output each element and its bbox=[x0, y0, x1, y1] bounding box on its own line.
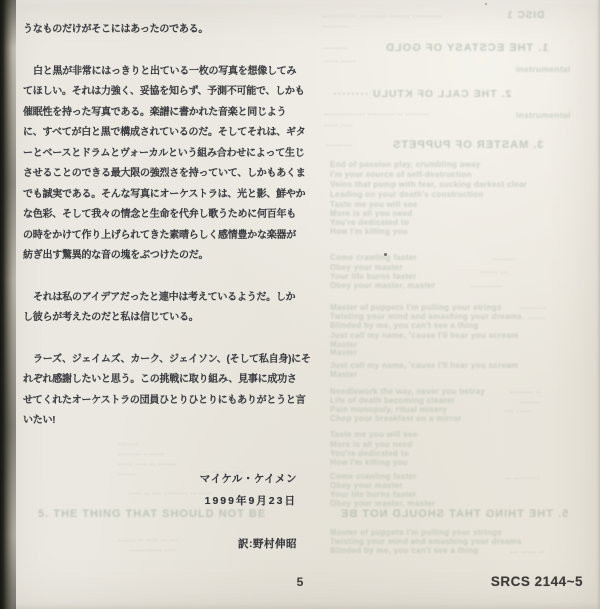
text-line: 紡ぎ出す驚異的な音の塊をぶつけたのだ。 bbox=[23, 246, 297, 267]
ghost-text-line: ··········· bbox=[470, 282, 503, 291]
signature-date: 1999年9月23日 bbox=[23, 490, 297, 512]
ghost-text-line: Blinded by me, you can't see a thing bbox=[330, 321, 479, 330]
ghost-text-line: Your life burns faster bbox=[330, 272, 416, 281]
ghost-text-line: ············ ········· ······· ·········… bbox=[322, 12, 442, 21]
ghost-text-line: Master of puppets I'm pulling your strin… bbox=[330, 303, 502, 312]
ghost-text-line: Twisting your mind and smashing your dre… bbox=[330, 312, 522, 321]
ghost-text-line: How I'm killing you bbox=[330, 227, 408, 236]
ghost-text-line: Obey your master bbox=[330, 263, 403, 272]
text-line: な色彩、そして我々の情念と生命を代弁し歌うために何百年も bbox=[23, 205, 297, 226]
text-line: てほしい。それは力強く、妥協を知らず、予測不可能で、しかも bbox=[23, 82, 297, 103]
ghost-text-line: ·············· ········· ·· ········ bbox=[324, 110, 429, 119]
text-line: せてくれたオーケストラの団員ひとりひとりにもありがとうと言 bbox=[23, 391, 297, 412]
ghost-text-line: More is all you need bbox=[330, 440, 412, 449]
ghost-text-line: Your life burns faster bbox=[330, 490, 416, 499]
text-line: いたい! bbox=[23, 411, 297, 432]
text-line: ラーズ、ジェイムズ、カーク、ジェイソン、(そして私自身)にそ bbox=[23, 350, 297, 371]
text-line: の時をかけて作り上げられてきた素晴らしく感情豊かな楽器が bbox=[23, 226, 297, 247]
ghost-text-line: ··· ····· bbox=[505, 407, 531, 416]
ghost-text-line: You're dedicated to bbox=[330, 218, 409, 227]
ghost-track-heading: 3. MASTER OF PUPPETS bbox=[392, 139, 543, 151]
ghost-text-line: Obey your master, master bbox=[330, 281, 435, 290]
ghost-track-heading: 2. THE CALL OF KTULU ········ bbox=[332, 88, 511, 100]
ghost-text-line: End of passion play, crumbling away bbox=[330, 160, 480, 169]
ghost-text-line: ·· ········· bbox=[505, 474, 540, 483]
signature-block: マイケル・ケイメン 1999年9月23日 訳:野村伸昭 bbox=[23, 468, 297, 554]
ghost-text-line: Just call my name, 'cause I'll hear you … bbox=[330, 331, 518, 340]
paragraph: ラーズ、ジェイムズ、カーク、ジェイソン、(そして私自身)にそれぞれ感謝したいと思… bbox=[23, 350, 297, 432]
paragraph: それは私のアイデアだったと連中は考えているようだ。しかし彼らが考えたのだと私は信… bbox=[23, 288, 297, 329]
liner-notes-paragraphs: うなものだけがそこにはあったのである。白と黒が非常にはっきりと出ている一枚の写真… bbox=[23, 20, 297, 432]
ghost-text-line: Blinded by me, you can't see a thing bbox=[330, 546, 479, 555]
ghost-text-line: Come crawling faster bbox=[330, 253, 417, 262]
left-spine-shadow bbox=[0, 0, 16, 609]
ghost-text-line: Master bbox=[330, 348, 358, 357]
ghost-text-line: instrumental bbox=[516, 64, 571, 74]
ghost-text-line: Master bbox=[330, 370, 358, 379]
ghost-text-line: You're dedicated to bbox=[330, 449, 409, 458]
ghost-text-line: ········ bbox=[324, 44, 348, 53]
text-line: ーとベースとドラムとヴォーカルという組み合わせによって生じ bbox=[23, 144, 297, 165]
catalog-number: SRCS 2144~5 bbox=[491, 574, 583, 589]
ghost-text-line: ······· bbox=[520, 398, 541, 407]
ghost-text-line: Obey your master, master bbox=[330, 499, 435, 508]
ghost-text-line: ······ ··· bbox=[480, 268, 509, 277]
ghost-text-line: How I'm killing you bbox=[330, 458, 408, 467]
scanned-booklet-page: ············ ········· ······· ·········… bbox=[0, 0, 600, 609]
ghost-text-line: ····· ···· bbox=[324, 121, 353, 130]
text-line: うなものだけがそこにはあったのである。 bbox=[23, 20, 297, 41]
ghost-track-heading: 5. THE THING THAT SHOULD NOT BE bbox=[340, 508, 568, 520]
paragraph: 白と黒が非常にはっきりと出ている一枚の写真を想像してみてほしい。それは力強く、妥… bbox=[23, 62, 297, 267]
ghost-text-line: Taste me you will see bbox=[330, 200, 418, 209]
ghost-text-line: Just call my name, 'cause I'll hear you … bbox=[330, 361, 518, 370]
ghost-text-line: Veins that pump with fear, sucking darke… bbox=[330, 180, 527, 189]
text-line: れぞれ感謝したいと思う。この挑戦に取り組み、見事に成功さ bbox=[23, 370, 297, 391]
ghost-text-line: Taste me you will see bbox=[330, 430, 418, 439]
ghost-text-line: Life of death becoming clearer bbox=[330, 396, 455, 405]
paper-speck bbox=[485, 3, 487, 5]
ghost-text-line: ········· bbox=[326, 141, 353, 150]
ghost-text-line: ··· ····· ·· bbox=[510, 548, 545, 557]
paper-speck bbox=[384, 253, 387, 256]
ghost-text-line: Chop your breakfast on a mirror bbox=[330, 414, 462, 423]
ghost-text-line: ····· ····· bbox=[324, 57, 356, 66]
ghost-text-line: ········ ·· bbox=[510, 388, 542, 397]
text-line: し彼らが考えたのだと私は信じている。 bbox=[23, 308, 297, 329]
ghost-text-line: Come crawling faster bbox=[330, 472, 417, 481]
ghost-text-line: Master of puppets I'm pulling your strin… bbox=[330, 528, 502, 537]
ghost-text-line: ········· bbox=[322, 22, 349, 31]
text-line: 白と黒が非常にはっきりと出ている一枚の写真を想像してみ bbox=[23, 62, 297, 83]
ghost-text-line: Needlework the way, never you betray bbox=[330, 387, 485, 396]
ghost-text-line: instrumental bbox=[516, 110, 571, 120]
text-line: それは私のアイデアだったと連中は考えているようだ。しか bbox=[23, 288, 297, 309]
ghost-text-line: More is all you need bbox=[330, 209, 412, 218]
text-line: させることのできる最大限の強烈さを持っていて、しかもあくま bbox=[23, 164, 297, 185]
text-line: に、すべてが白と黒で構成されているのだ。そしてそれは、ギタ bbox=[23, 123, 297, 144]
ghost-track-heading: 1. THE ECSTASY OF GOLD bbox=[385, 42, 548, 54]
ghost-text-line: ········· bbox=[520, 304, 547, 313]
ghost-text-line: Leading on your death's construction bbox=[330, 190, 484, 199]
ghost-text-line: I'm your source of self-destruction bbox=[330, 170, 472, 179]
text-line: 催眠性を持った写真である。楽譜に書かれた音楽と同じよう bbox=[23, 103, 297, 124]
ghost-text-line: ········ bbox=[492, 255, 516, 264]
translator-credit: 訳:野村伸昭 bbox=[23, 534, 297, 554]
ghost-text-line: ······ bbox=[528, 314, 546, 323]
text-line: でも誠実である。そんな写真にオーケストラは、光と影、鮮やか bbox=[23, 185, 297, 206]
ghost-track-heading: DISC 1 bbox=[506, 10, 544, 21]
author-name: マイケル・ケイメン bbox=[23, 468, 297, 490]
paragraph: うなものだけがそこにはあったのである。 bbox=[23, 20, 297, 41]
ghost-text-line: Obey your master bbox=[330, 481, 403, 490]
liner-notes-text-column: うなものだけがそこにはあったのである。白と黒が非常にはっきりと出ている一枚の写真… bbox=[23, 20, 297, 554]
ghost-text-line: Pain monopoly, ritual misery bbox=[330, 405, 447, 414]
ghost-text-line: Twisting your mind and smashing your dre… bbox=[330, 537, 522, 546]
